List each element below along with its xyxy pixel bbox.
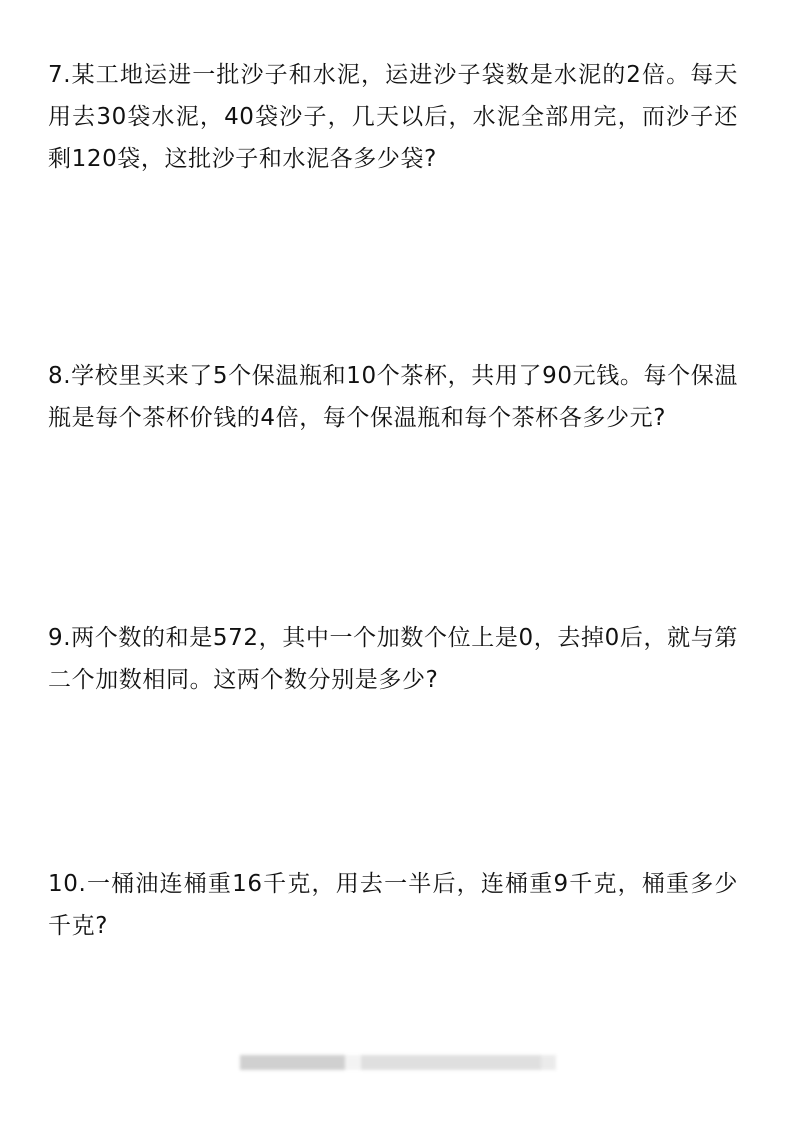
question-number: 9. (48, 625, 71, 651)
worksheet-page: 7.某工地运进一批沙子和水泥，运进沙子袋数是水泥的2倍。每天用去30袋水泥，40… (0, 0, 793, 1122)
question-10: 10.一桶油连桶重16千克，用去一半后，连桶重9千克，桶重多少千克? (48, 863, 738, 947)
question-text: 一桶油连桶重16千克，用去一半后，连桶重9千克，桶重多少千克? (48, 871, 738, 939)
question-text: 某工地运进一批沙子和水泥，运进沙子袋数是水泥的2倍。每天用去30袋水泥，40袋沙… (48, 62, 738, 172)
watermark-segment (345, 1055, 361, 1070)
watermark-segment (361, 1055, 541, 1070)
watermark-segment (240, 1055, 345, 1070)
footer-watermark (240, 1055, 556, 1070)
question-number: 7. (48, 62, 71, 88)
question-8: 8.学校里买来了5个保温瓶和10个茶杯，共用了90元钱。每个保温瓶是每个茶杯价钱… (48, 355, 738, 439)
question-text: 学校里买来了5个保温瓶和10个茶杯，共用了90元钱。每个保温瓶是每个茶杯价钱的4… (48, 363, 738, 431)
question-7: 7.某工地运进一批沙子和水泥，运进沙子袋数是水泥的2倍。每天用去30袋水泥，40… (48, 54, 738, 180)
watermark-segment (541, 1055, 556, 1070)
question-number: 8. (48, 363, 71, 389)
question-number: 10. (48, 871, 86, 897)
question-9: 9.两个数的和是572，其中一个加数个位上是0，去掉0后，就与第二个加数相同。这… (48, 617, 738, 701)
question-text: 两个数的和是572，其中一个加数个位上是0，去掉0后，就与第二个加数相同。这两个… (48, 625, 738, 693)
